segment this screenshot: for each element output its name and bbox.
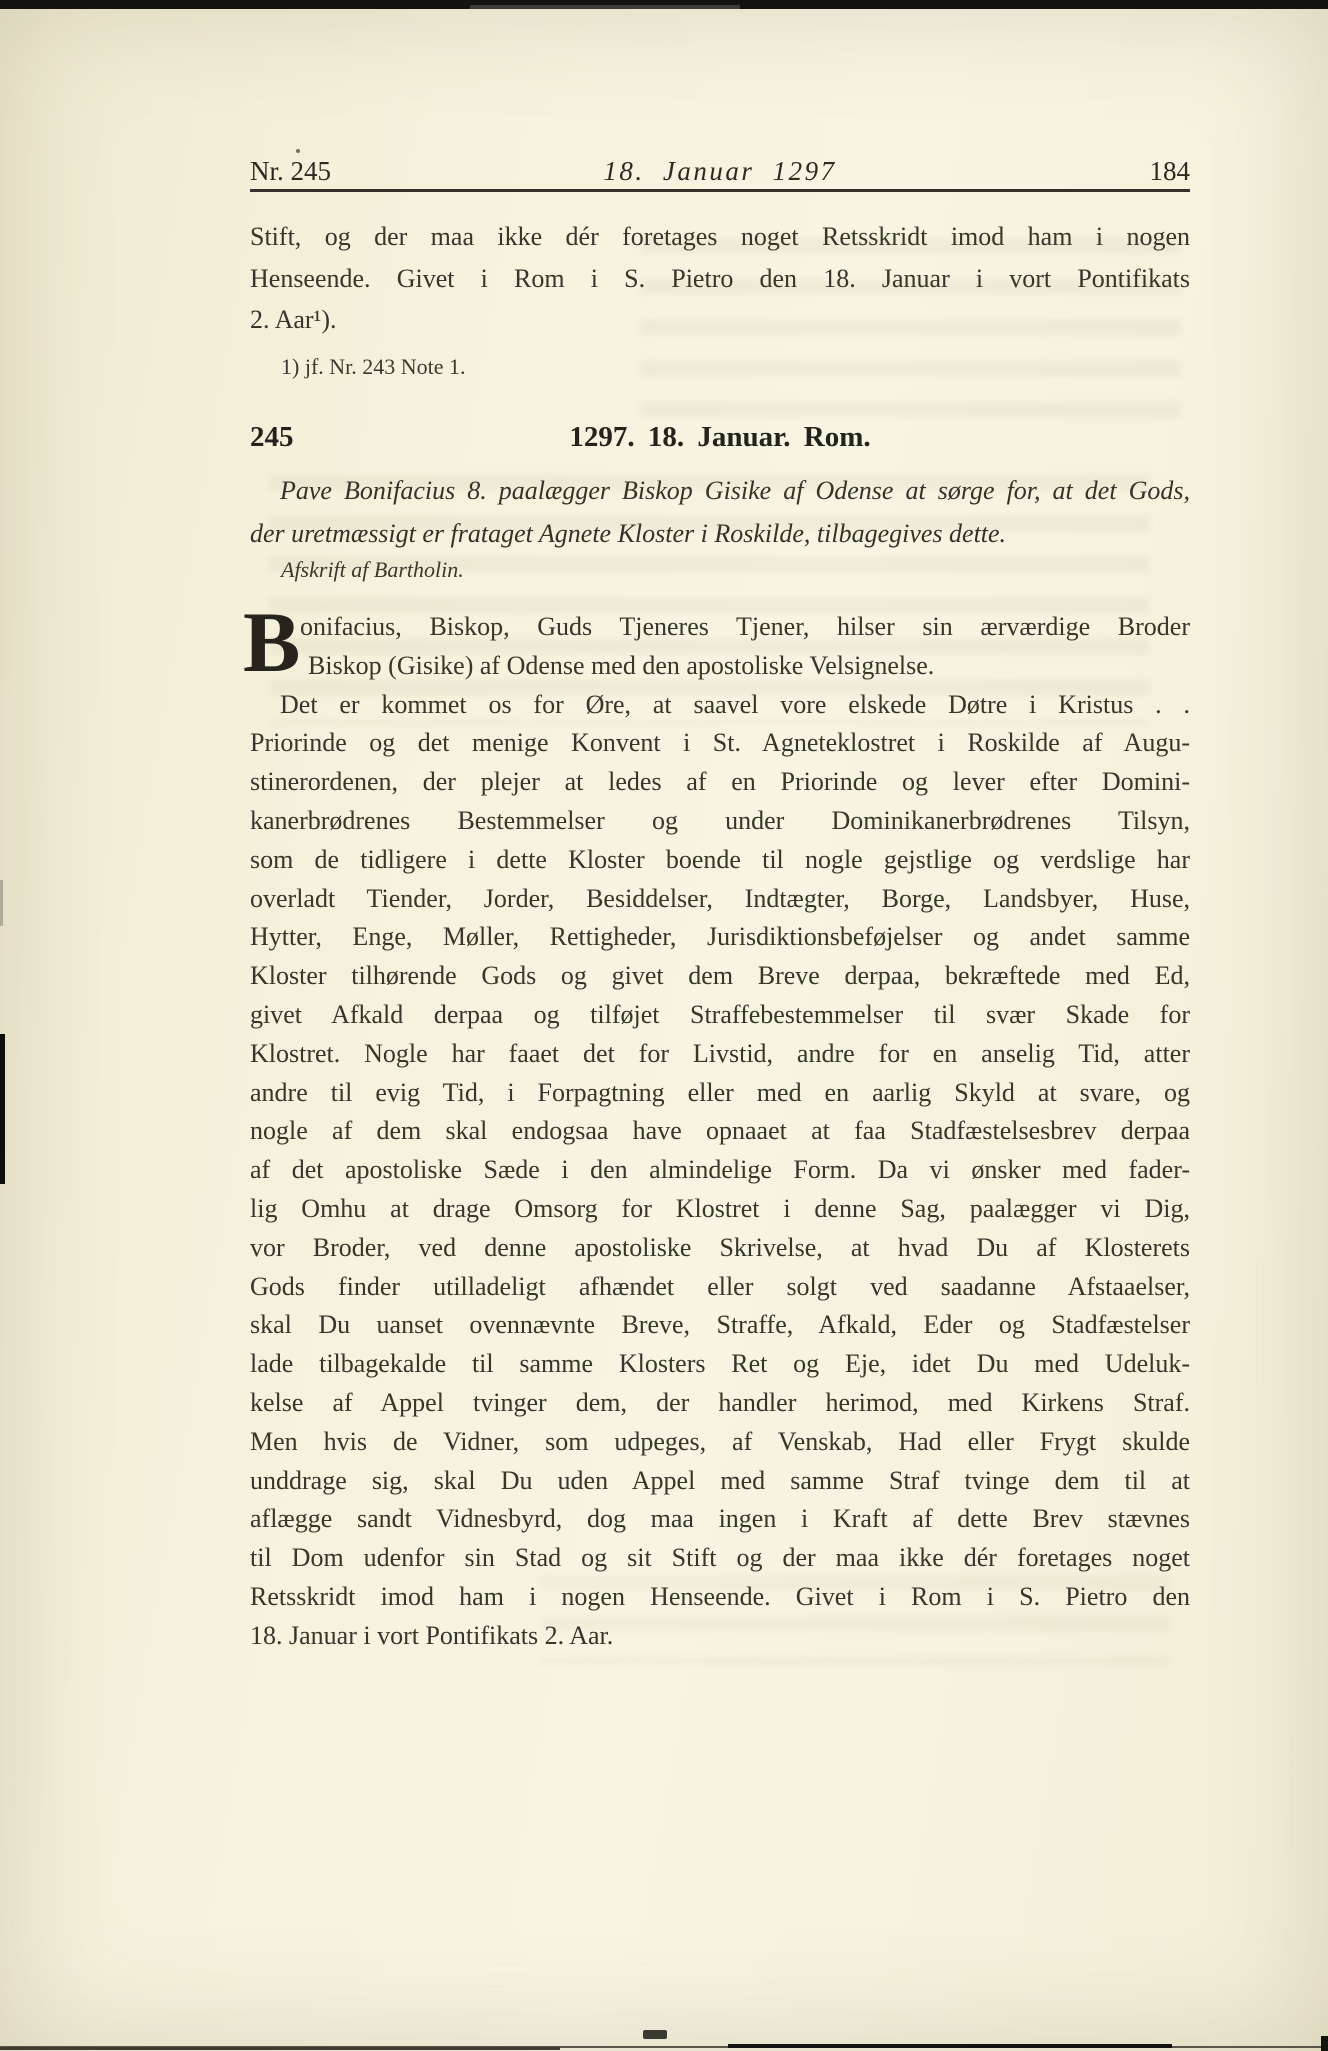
- text-line: Pave Bonifacius 8. paalægger Biskop Gisi…: [250, 469, 1190, 512]
- text-line: aflægge sandt Vidnesbyrd, dog maa ingen …: [250, 1500, 1190, 1539]
- text-line: stinerordenen, der plejer at ledes af en…: [250, 763, 1190, 802]
- text-line: skal Du uanset ovennævnte Breve, Straffe…: [250, 1306, 1190, 1345]
- text-line: givet Afkald derpaa og tilføjet Straffeb…: [250, 996, 1190, 1035]
- text-line: til Dom udenfor sin Stad og sit Stift og…: [250, 1539, 1190, 1578]
- text-line: vor Broder, ved denne apostoliske Skrive…: [250, 1229, 1190, 1268]
- text-line: Men hvis de Vidner, som udpeges, af Vens…: [250, 1423, 1190, 1462]
- text-line: 2. Aar¹).: [250, 299, 1190, 341]
- text-line: kelse af Appel tvinger dem, der handler …: [250, 1384, 1190, 1423]
- text-line: lade tilbagekalde til samme Klosters Ret…: [250, 1345, 1190, 1384]
- letter-body-lines: onifacius, Biskop, Guds Tjeneres Tjener,…: [250, 608, 1190, 1656]
- running-header: Nr. 245 18. Januar 1297 184: [250, 156, 1190, 190]
- text-line: af det apostoliske Sæde i den almindelig…: [250, 1151, 1190, 1190]
- drop-cap-initial: B: [243, 611, 300, 673]
- page-number: 184: [1150, 156, 1191, 187]
- text-line: 18. Januar i vort Pontifikats 2. Aar.: [250, 1617, 1190, 1656]
- text-line: der uretmæssigt er frataget Agnete Klost…: [250, 512, 1190, 555]
- scan-smudge-left: [0, 880, 3, 926]
- header-date: 18. Januar 1297: [250, 156, 1190, 187]
- entry-heading: 245 1297. 18. Januar. Rom.: [250, 421, 1190, 459]
- scan-edge-left-bar: [0, 1034, 5, 1184]
- text-line: Henseende. Givet i Rom i S. Pietro den 1…: [250, 258, 1190, 300]
- footnote: 1) jf. Nr. 243 Note 1.: [281, 354, 466, 380]
- text-line: onifacius, Biskop, Guds Tjeneres Tjener,…: [250, 608, 1190, 647]
- header-rule: [250, 189, 1190, 192]
- text-line: unddrage sig, skal Du uden Appel med sam…: [250, 1462, 1190, 1501]
- scan-edge-top: [0, 0, 1328, 9]
- text-line: Retsskridt imod ham i nogen Henseende. G…: [250, 1578, 1190, 1617]
- entry-summary: Pave Bonifacius 8. paalægger Biskop Gisi…: [250, 469, 1190, 555]
- text-line: Priorinde og det menige Konvent i St. Ag…: [250, 724, 1190, 763]
- text-line: Hytter, Enge, Møller, Rettigheder, Juris…: [250, 918, 1190, 957]
- scan-blob-bottom: [643, 2030, 667, 2039]
- letter-body: B onifacius, Biskop, Guds Tjeneres Tjene…: [250, 608, 1190, 1656]
- text-line: Kloster tilhørende Gods og givet dem Bre…: [250, 957, 1190, 996]
- text-line: Stift, og der maa ikke dér foretages nog…: [250, 216, 1190, 258]
- scan-edge-bottom-left: [0, 2047, 560, 2050]
- text-line: Klostret. Nogle har faaet det for Livsti…: [250, 1035, 1190, 1074]
- scan-speck: [296, 149, 300, 153]
- text-line: lig Omhu at drage Omsorg for Klostret i …: [250, 1190, 1190, 1229]
- source-note: Afskrift af Bartholin.: [281, 557, 464, 583]
- scan-edge-bottom-black: [728, 2044, 1172, 2048]
- text-line: Det er kommet os for Øre, at saavel vore…: [250, 686, 1190, 725]
- text-line: nogle af dem skal endogsaa have opnaaet …: [250, 1112, 1190, 1151]
- text-line: Gods finder utilladeligt afhændet eller …: [250, 1268, 1190, 1307]
- scan-edge-right-tick: [1321, 2036, 1328, 2051]
- entry-date-place: 1297. 18. Januar. Rom.: [250, 421, 1190, 454]
- text-line: Biskop (Gisike) af Odense med den aposto…: [250, 647, 1190, 686]
- text-line: kanerbrødrenes Bestemmelser og under Dom…: [250, 802, 1190, 841]
- text-line: overladt Tiender, Jorder, Besiddelser, I…: [250, 880, 1190, 919]
- text-line: som de tidligere i dette Kloster boende …: [250, 841, 1190, 880]
- scanned-book-page: Nr. 245 18. Januar 1297 184 Stift, og de…: [0, 0, 1328, 2051]
- text-line: andre til evig Tid, i Forpagtning eller …: [250, 1074, 1190, 1113]
- carryover-paragraph: Stift, og der maa ikke dér foretages nog…: [250, 216, 1190, 341]
